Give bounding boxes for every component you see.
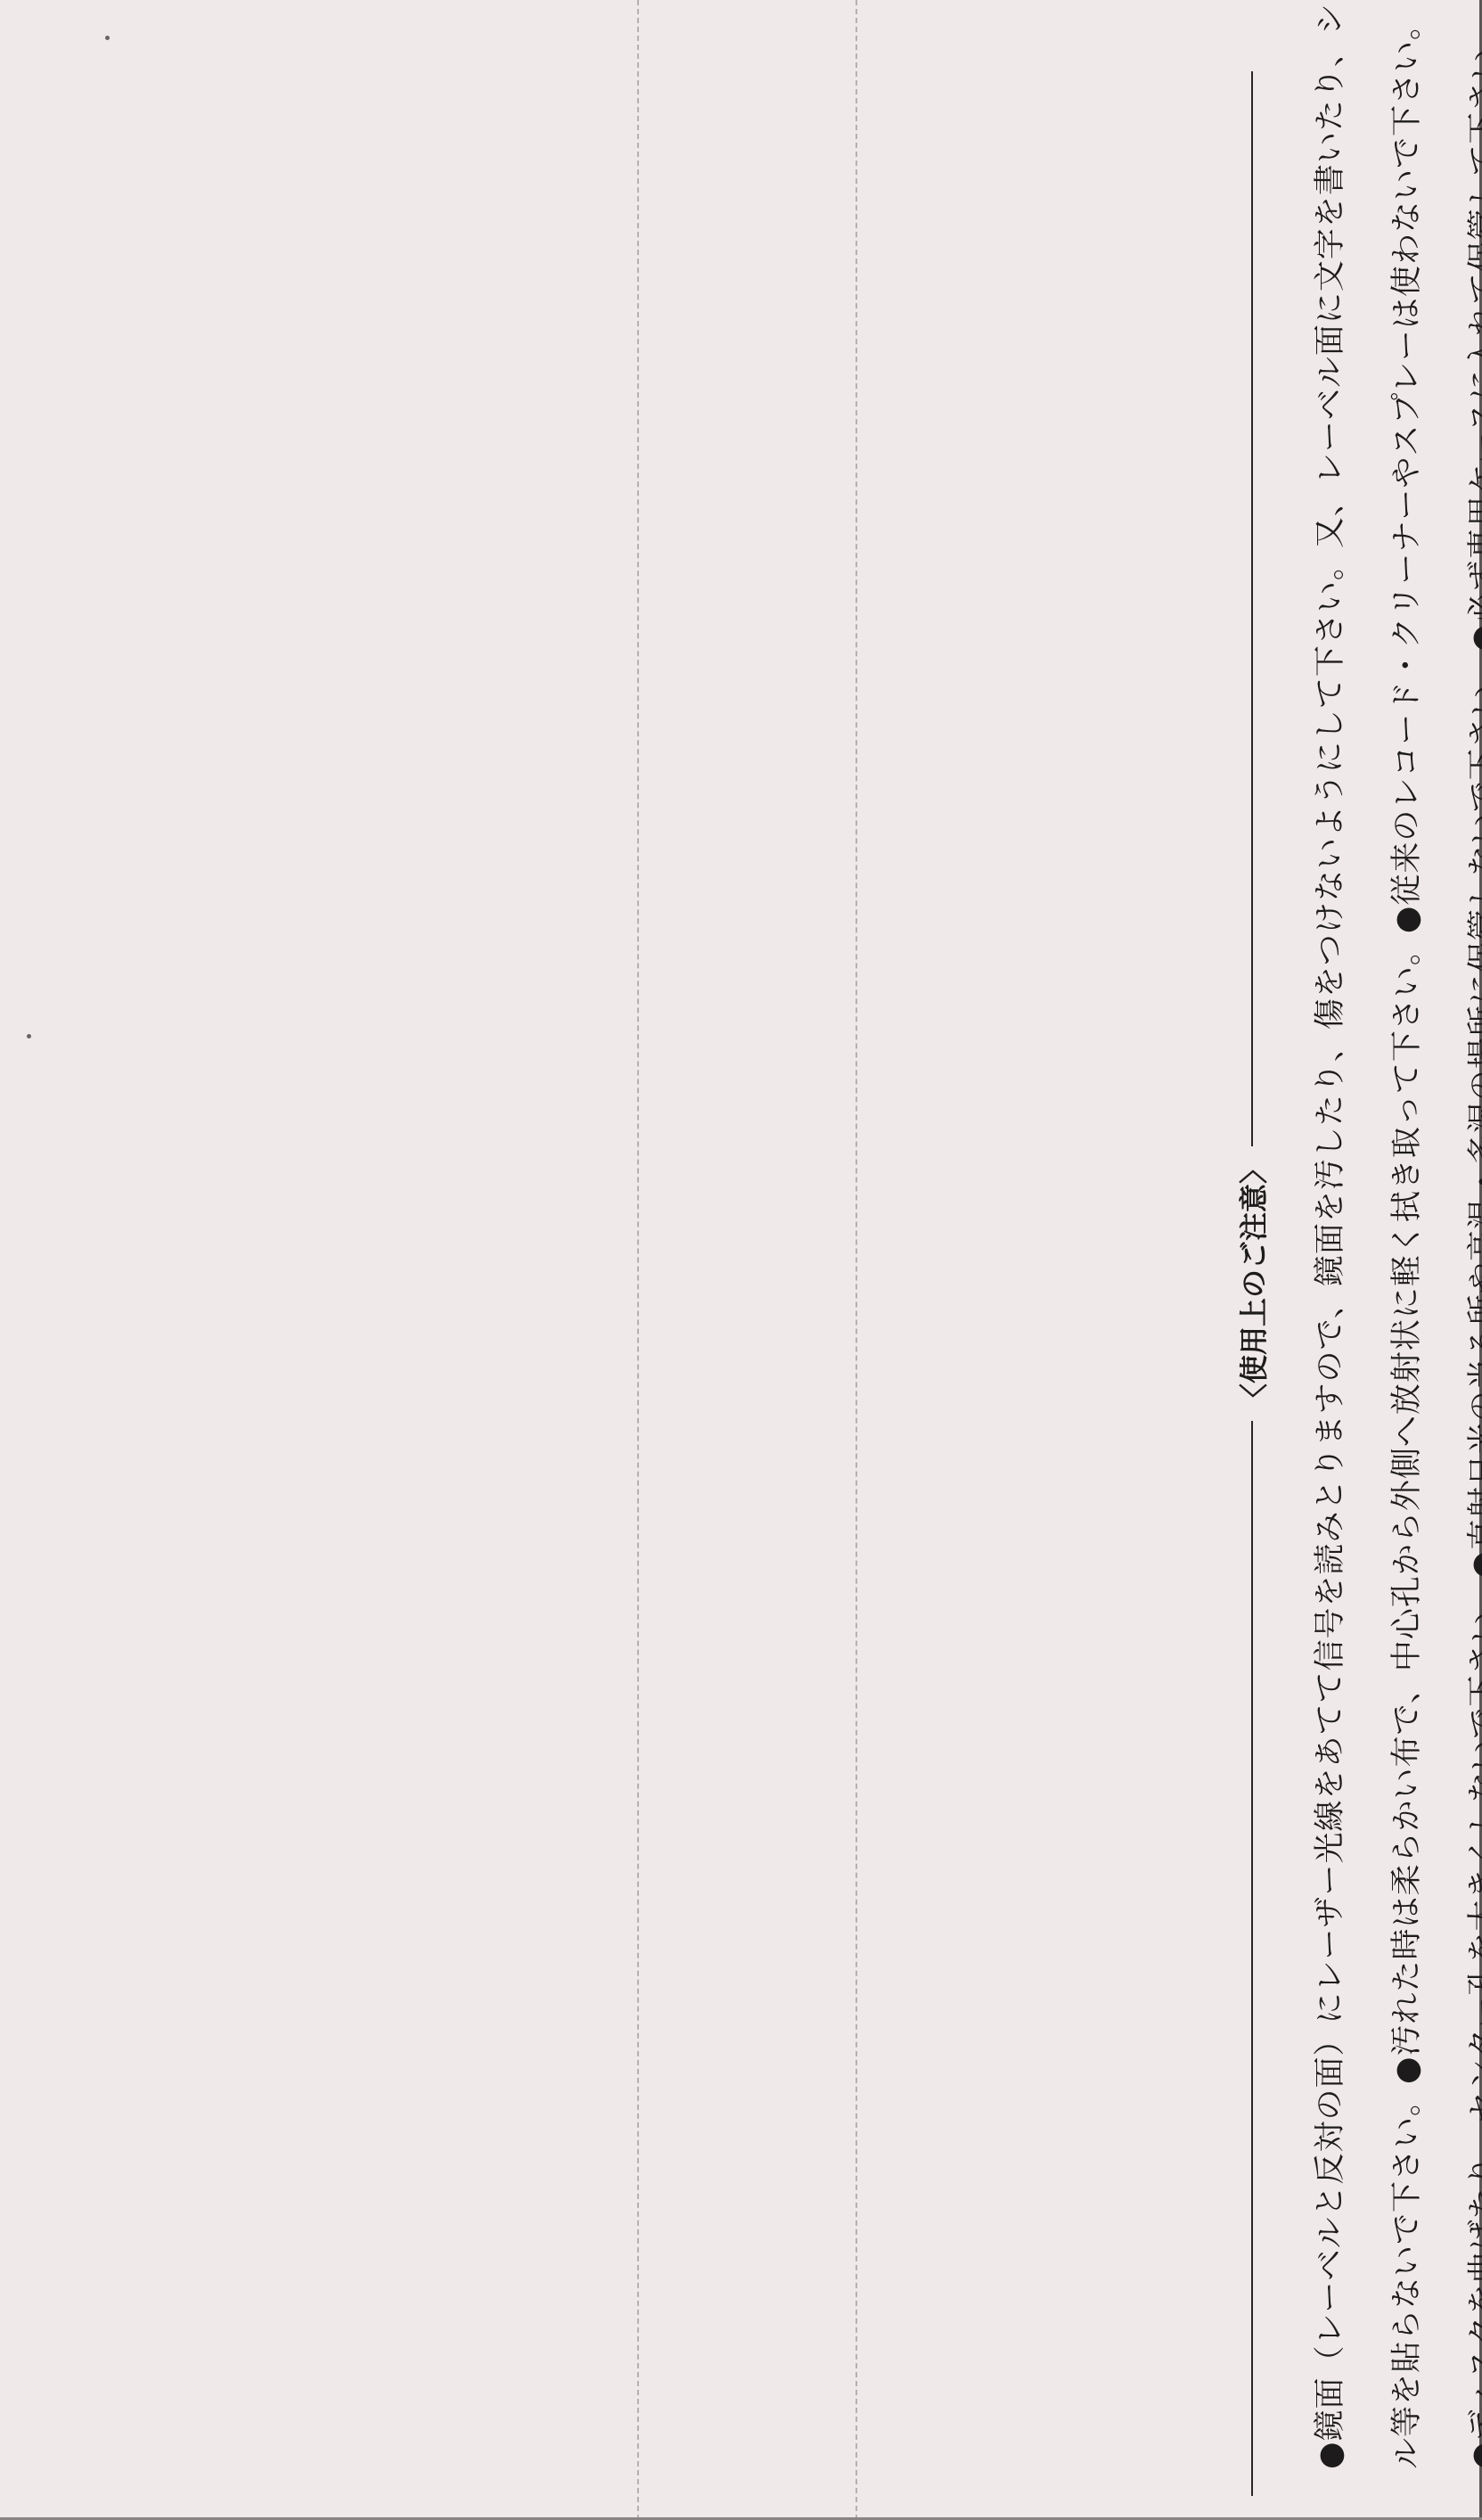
perforated-fold-line bbox=[637, 0, 639, 2520]
notice-title: 〈使用上のご注意〉 bbox=[1232, 1146, 1273, 1421]
speck bbox=[27, 1034, 31, 1038]
notice-body: ●鏡面（レーベルと反対の面）にレーザー光線をあてて信号を読みとりますので、鏡面を… bbox=[1292, 71, 1482, 2469]
leaflet-sheet: 〈使用上のご注意〉 ●鏡面（レーベルと反対の面）にレーザー光線をあてて信号を読み… bbox=[0, 0, 1482, 2520]
speck bbox=[105, 36, 110, 40]
notice-line: ル等を貼らないで下さい。●汚れた時は柔らかい布で、中心孔から外側へ放射状に軽く拭… bbox=[1369, 71, 1445, 2469]
usage-notice-panel: 〈使用上のご注意〉 ●鏡面（レーベルと反対の面）にレーザー光線をあてて信号を読み… bbox=[1230, 71, 1470, 2496]
notice-line: ●ディスクを曲げたり、センター孔を大きくしないで下さい。●直射日光の当る所や高温… bbox=[1445, 71, 1482, 2469]
heading-rule bbox=[1251, 1421, 1253, 2496]
notice-line: ●鏡面（レーベルと反対の面）にレーザー光線をあてて信号を読みとりますので、鏡面を… bbox=[1292, 71, 1369, 2469]
perforated-fold-line bbox=[856, 0, 857, 2520]
heading-rule bbox=[1251, 71, 1253, 1146]
notice-heading: 〈使用上のご注意〉 bbox=[1230, 71, 1274, 2496]
